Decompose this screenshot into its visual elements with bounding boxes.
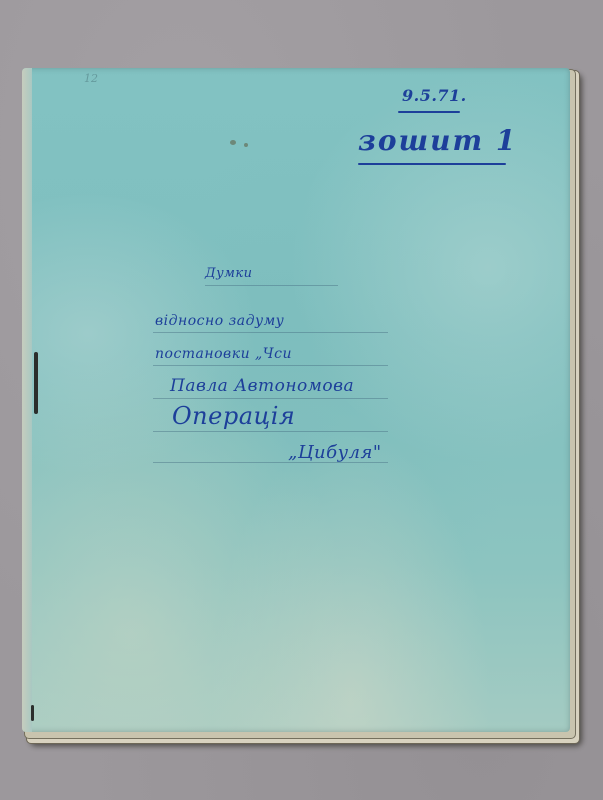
operation-name: „Цибуля" (288, 442, 382, 463)
stain (244, 143, 248, 147)
notebook-label: зошит 1 (358, 124, 517, 157)
page-mark: 12 (84, 72, 98, 85)
title-line: Думки (205, 266, 253, 281)
label-underline (358, 163, 506, 165)
text-line: постановки „Чси (155, 346, 292, 362)
notebook-cover (22, 68, 570, 732)
ruled-line (205, 285, 338, 286)
ruled-line (153, 332, 388, 333)
notebook-spine (22, 68, 32, 732)
date-underline (398, 111, 460, 113)
staple-icon (31, 705, 34, 721)
operation-title: Операція (172, 402, 295, 430)
ruled-line (153, 398, 388, 399)
text-line: Павла Автономова (170, 376, 354, 396)
ruled-line (153, 431, 388, 432)
ruled-line (153, 365, 388, 366)
staple-icon (34, 352, 38, 414)
text-line: відносно задуму (155, 313, 284, 329)
stain (230, 140, 236, 145)
date-text: 9.5.71. (402, 86, 467, 105)
